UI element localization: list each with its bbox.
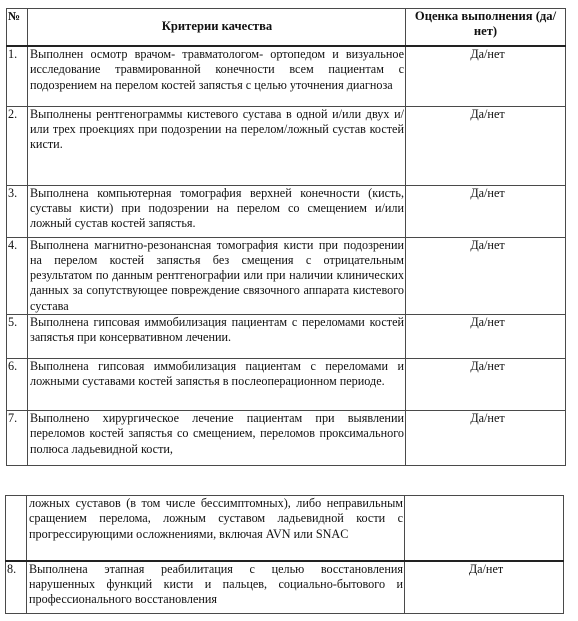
row-criteria: Выполнена гипсовая иммобилизация пациент… xyxy=(28,314,406,358)
row-criteria: Выполнена компьютерная томография верхне… xyxy=(28,185,406,237)
row-criteria: Выполнена магнитно-резонансная томографи… xyxy=(28,237,406,314)
row-criteria: Выполнено хирургическое лечение пациента… xyxy=(28,410,406,465)
row-evaluation: Да/нет xyxy=(406,106,566,185)
row-evaluation xyxy=(405,496,564,561)
evaluation-value: Да/нет xyxy=(406,238,565,253)
row-criteria: Выполнены рентгенограммы кистевого суста… xyxy=(28,106,406,185)
header-criteria: Критерии качества xyxy=(28,9,406,47)
evaluation-value: Да/нет xyxy=(406,411,565,426)
table-row: 2. Выполнены рентгенограммы кистевого су… xyxy=(7,106,566,185)
row-evaluation: Да/нет xyxy=(406,410,566,465)
evaluation-value: Да/нет xyxy=(405,562,563,577)
row-number xyxy=(6,496,27,561)
row-number: 4. xyxy=(7,237,28,314)
quality-criteria-table-continued: ложных суставов (в том числе бессимптомн… xyxy=(5,495,564,614)
evaluation-value: Да/нет xyxy=(406,315,565,330)
row-number: 2. xyxy=(7,106,28,185)
quality-criteria-table: № Критерии качества Оценка выполнения (д… xyxy=(6,8,566,466)
table-row: 6. Выполнена гипсовая иммобилизация паци… xyxy=(7,358,566,410)
row-number: 7. xyxy=(7,410,28,465)
row-evaluation: Да/нет xyxy=(406,314,566,358)
evaluation-value: Да/нет xyxy=(406,186,565,201)
evaluation-value: Да/нет xyxy=(406,47,565,62)
header-number: № xyxy=(7,9,28,47)
evaluation-value: Да/нет xyxy=(406,359,565,374)
row-criteria: Выполнен осмотр врачом- травматологом- о… xyxy=(28,46,406,106)
header-evaluation: Оценка выполнения (да/нет) xyxy=(406,9,566,47)
row-evaluation: Да/нет xyxy=(406,237,566,314)
row-criteria: Выполнена гипсовая иммобилизация пациент… xyxy=(28,358,406,410)
row-evaluation: Да/нет xyxy=(406,46,566,106)
row-criteria: ложных суставов (в том числе бессимптомн… xyxy=(27,496,405,561)
table-row: 3. Выполнена компьютерная томография вер… xyxy=(7,185,566,237)
row-number: 6. xyxy=(7,358,28,410)
row-number: 8. xyxy=(6,561,27,614)
row-evaluation: Да/нет xyxy=(406,358,566,410)
table-row: 5. Выполнена гипсовая иммобилизация паци… xyxy=(7,314,566,358)
row-number: 3. xyxy=(7,185,28,237)
table-row: 4. Выполнена магнитно-резонансная томогр… xyxy=(7,237,566,314)
row-evaluation: Да/нет xyxy=(406,185,566,237)
table-header-row: № Критерии качества Оценка выполнения (д… xyxy=(7,9,566,47)
evaluation-value: Да/нет xyxy=(406,107,565,122)
table-row: 7. Выполнено хирургическое лечение пацие… xyxy=(7,410,566,465)
row-evaluation: Да/нет xyxy=(405,561,564,614)
table-row: 1. Выполнен осмотр врачом- травматологом… xyxy=(7,46,566,106)
table-row-continuation: ложных суставов (в том числе бессимптомн… xyxy=(6,496,564,561)
row-number: 5. xyxy=(7,314,28,358)
row-criteria: Выполнена этапная реабилитация с целью в… xyxy=(27,561,405,614)
table-row: 8. Выполнена этапная реабилитация с цель… xyxy=(6,561,564,614)
row-number: 1. xyxy=(7,46,28,106)
